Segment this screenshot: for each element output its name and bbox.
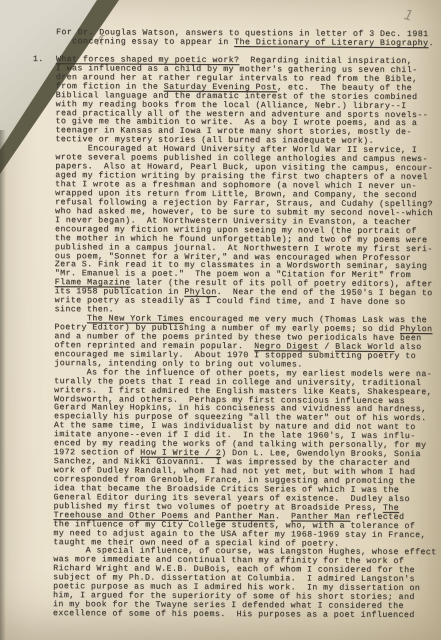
paper: 1 For Dr. Douglas Watson, answers to que…	[0, 0, 441, 640]
typed-document: For Dr. Douglas Watson, answers to quest…	[30, 29, 437, 621]
question-number: 1.	[33, 56, 44, 65]
text-line: excellence of some of his poems. His pur…	[53, 610, 434, 621]
question-answer-text: What forces shaped my poetic work? Regar…	[53, 56, 437, 621]
question-item-1: 1. What forces shaped my poetic work? Re…	[30, 56, 437, 621]
document-header: For Dr. Douglas Watson, answers to quest…	[56, 29, 437, 49]
paper-left-edge-shadow	[0, 130, 6, 640]
text-line: concerning essay to appear in The Dictio…	[56, 38, 437, 49]
pencil-page-number: 1	[402, 7, 415, 25]
